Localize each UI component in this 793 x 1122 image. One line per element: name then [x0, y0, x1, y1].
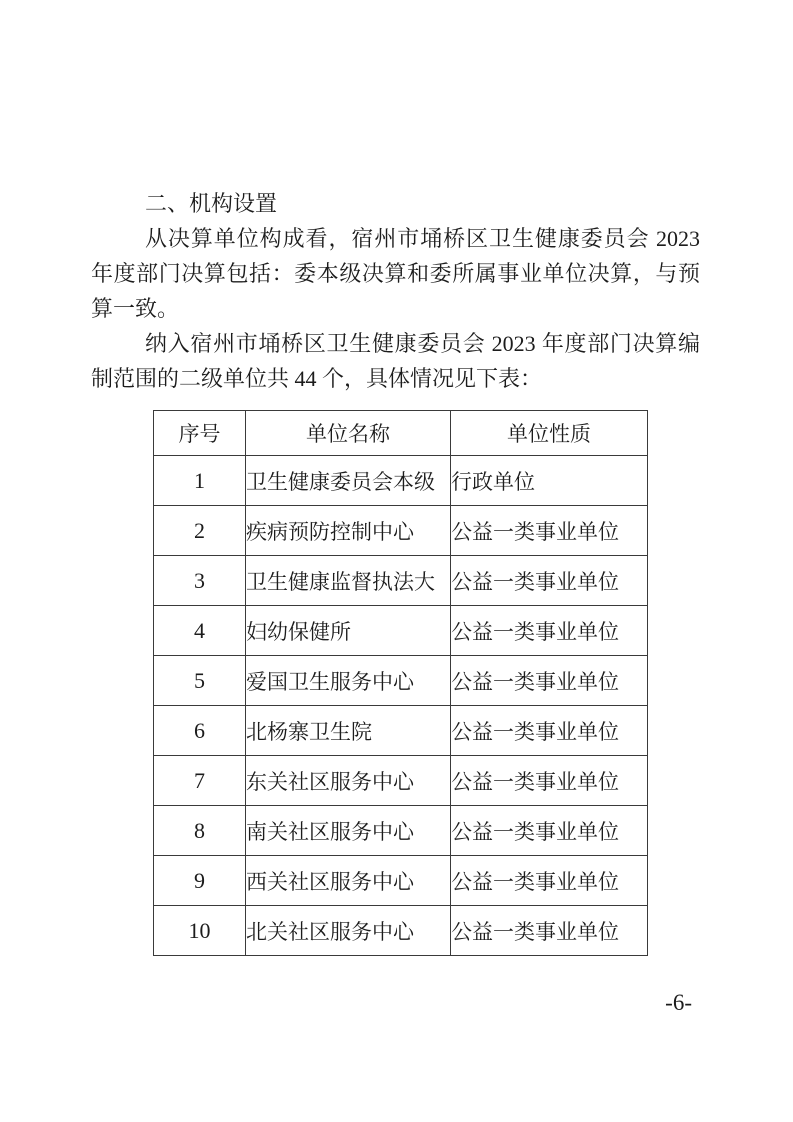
row-unit-name-cell: 西关社区服务中心 [246, 856, 451, 906]
row-seq-cell: 1 [154, 456, 246, 506]
row-unit-nature-cell: 公益一类事业单位 [451, 556, 648, 606]
units-table-body: 1卫生健康委员会本级行政单位2疾病预防控制中心公益一类事业单位3卫生健康监督执法… [154, 456, 648, 956]
row-unit-name-cell: 疾病预防控制中心 [246, 506, 451, 556]
row-unit-nature-cell: 公益一类事业单位 [451, 806, 648, 856]
document-page: 二、机构设置 从决算单位构成看，宿州市埇桥区卫生健康委员会 2023 年度部门决… [0, 0, 793, 1122]
paragraph-budget-composition: 从决算单位构成看，宿州市埇桥区卫生健康委员会 2023 年度部门决算包括：委本级… [91, 221, 700, 326]
page-number: -6- [665, 991, 692, 1015]
header-seq: 序号 [154, 411, 246, 456]
row-unit-nature-cell: 公益一类事业单位 [451, 906, 648, 956]
row-unit-name-cell: 爱国卫生服务中心 [246, 656, 451, 706]
table-row: 10北关社区服务中心公益一类事业单位 [154, 906, 648, 956]
row-seq-cell: 7 [154, 756, 246, 806]
row-unit-nature-cell: 公益一类事业单位 [451, 706, 648, 756]
row-unit-name-cell: 北关社区服务中心 [246, 906, 451, 956]
row-unit-name-cell: 南关社区服务中心 [246, 806, 451, 856]
table-row: 8南关社区服务中心公益一类事业单位 [154, 806, 648, 856]
row-unit-name-cell: 卫生健康监督执法大 [246, 556, 451, 606]
row-seq-cell: 8 [154, 806, 246, 856]
row-seq-cell: 4 [154, 606, 246, 656]
table-row: 6北杨寨卫生院公益一类事业单位 [154, 706, 648, 756]
header-unit-nature: 单位性质 [451, 411, 648, 456]
table-row: 9西关社区服务中心公益一类事业单位 [154, 856, 648, 906]
header-unit-name: 单位名称 [246, 411, 451, 456]
table-row: 1卫生健康委员会本级行政单位 [154, 456, 648, 506]
row-unit-nature-cell: 公益一类事业单位 [451, 656, 648, 706]
row-unit-nature-cell: 公益一类事业单位 [451, 506, 648, 556]
table-row: 5爱国卫生服务中心公益一类事业单位 [154, 656, 648, 706]
row-seq-cell: 2 [154, 506, 246, 556]
row-unit-nature-cell: 行政单位 [451, 456, 648, 506]
paragraph-units-count: 纳入宿州市埇桥区卫生健康委员会 2023 年度部门决算编制范围的二级单位共 44… [91, 326, 700, 396]
table-row: 7东关社区服务中心公益一类事业单位 [154, 756, 648, 806]
table-row: 4妇幼保健所公益一类事业单位 [154, 606, 648, 656]
row-seq-cell: 10 [154, 906, 246, 956]
row-seq-cell: 3 [154, 556, 246, 606]
row-seq-cell: 9 [154, 856, 246, 906]
row-seq-cell: 6 [154, 706, 246, 756]
row-unit-name-cell: 东关社区服务中心 [246, 756, 451, 806]
row-unit-nature-cell: 公益一类事业单位 [451, 856, 648, 906]
row-unit-nature-cell: 公益一类事业单位 [451, 606, 648, 656]
row-unit-nature-cell: 公益一类事业单位 [451, 756, 648, 806]
table-row: 2疾病预防控制中心公益一类事业单位 [154, 506, 648, 556]
section-heading: 二、机构设置 [91, 186, 700, 221]
row-unit-name-cell: 妇幼保健所 [246, 606, 451, 656]
table-header-row: 序号 单位名称 单位性质 [154, 411, 648, 456]
units-table: 序号 单位名称 单位性质 1卫生健康委员会本级行政单位2疾病预防控制中心公益一类… [153, 410, 648, 956]
table-row: 3卫生健康监督执法大公益一类事业单位 [154, 556, 648, 606]
row-seq-cell: 5 [154, 656, 246, 706]
row-unit-name-cell: 卫生健康委员会本级 [246, 456, 451, 506]
row-unit-name-cell: 北杨寨卫生院 [246, 706, 451, 756]
document-body: 二、机构设置 从决算单位构成看，宿州市埇桥区卫生健康委员会 2023 年度部门决… [91, 186, 700, 396]
units-table-header: 序号 单位名称 单位性质 [154, 411, 648, 456]
